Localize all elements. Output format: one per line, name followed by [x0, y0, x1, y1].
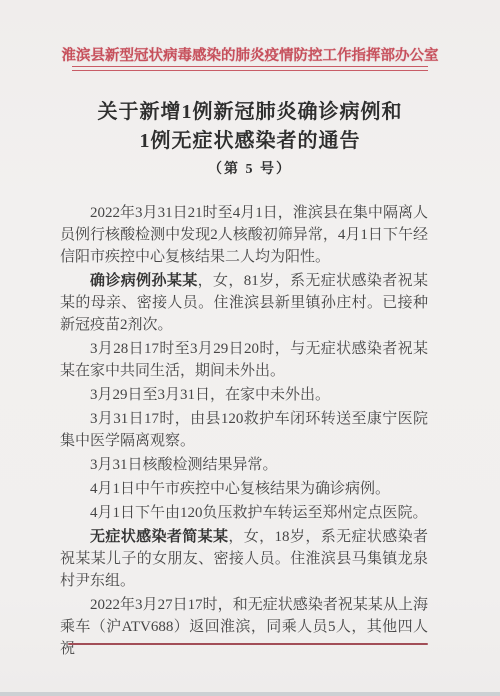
- notice-paragraph-4: 3月29日至3月31日，在家中未外出。: [60, 384, 428, 406]
- notice-paragraph-2: 确诊病例孙某某，女，81岁，系无症状感染者祝某某的母亲、密接人员。住淮滨县新里镇…: [60, 270, 428, 336]
- notice-body: 2022年3月31日21时至4月1日，淮滨县在集中隔离人员例行核酸检测中发现2人…: [60, 202, 428, 662]
- document-title: 关于新增1例新冠肺炎确诊病例和 1例无症状感染者的通告: [0, 98, 500, 156]
- document-number: （第 5 号）: [0, 158, 500, 178]
- notice-paragraph-8: 4月1日下午由120负压救护车转运至郑州定点医院。: [60, 502, 428, 524]
- page-bottom-edge: [0, 692, 500, 696]
- notice-document-page: 淮滨县新型冠状病毒感染的肺炎疫情防控工作指挥部办公室 关于新增1例新冠肺炎确诊病…: [0, 0, 500, 696]
- issuing-office-header: 淮滨县新型冠状病毒感染的肺炎疫情防控工作指挥部办公室: [0, 44, 500, 65]
- notice-paragraph-9: 无症状感染者简某某，女，18岁，系无症状感染者祝某某儿子的女朋友、密接人员。住淮…: [60, 526, 428, 592]
- notice-paragraph-7: 4月1日中午市疾控中心复核结果为确诊病例。: [60, 478, 428, 500]
- paragraph-lead-bold: 确诊病例孙某某: [90, 273, 198, 289]
- notice-paragraph-10: 2022年3月27日17时，和无症状感染者祝某某从上海乘车（沪ATV688）返回…: [60, 594, 428, 660]
- document-title-line1: 关于新增1例新冠肺炎确诊病例和: [0, 98, 500, 127]
- notice-paragraph-3: 3月28日17时至3月29日20时，与无症状感染者祝某某在家中共同生活，期间未外…: [60, 338, 428, 382]
- notice-paragraph-5: 3月31日17时，由县120救护车闭环转送至康宁医院集中医学隔离观察。: [60, 408, 428, 452]
- notice-paragraph-6: 3月31日核酸检测结果异常。: [60, 454, 428, 476]
- document-title-line2: 1例无症状感染者的通告: [0, 127, 500, 156]
- paragraph-lead-bold: 无症状感染者简某某: [90, 529, 228, 545]
- notice-paragraph-1: 2022年3月31日21时至4月1日，淮滨县在集中隔离人员例行核酸检测中发现2人…: [60, 202, 428, 268]
- header-double-underline: [72, 66, 428, 71]
